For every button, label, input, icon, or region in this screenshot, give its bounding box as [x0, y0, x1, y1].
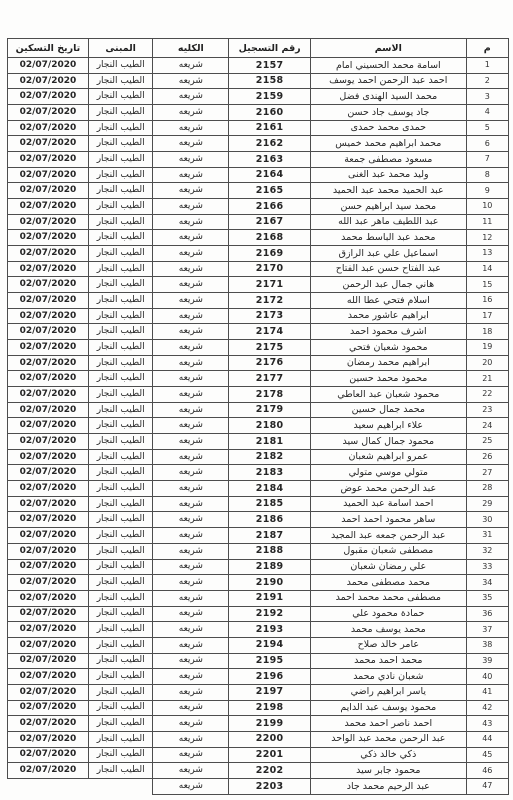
housing-date-cell: 02/07/2020 [8, 183, 89, 199]
housing-date-cell: 02/07/2020 [8, 167, 89, 183]
registration-number-cell: 2162 [229, 136, 311, 152]
registration-number-cell: 2203 [229, 778, 311, 794]
housing-date-cell: 02/07/2020 [8, 340, 89, 356]
housing-date-cell: 02/07/2020 [8, 324, 89, 340]
building-cell: الطيب النجار [88, 653, 153, 669]
building-cell: الطيب النجار [88, 543, 153, 559]
col-header-serial: م [466, 39, 508, 58]
student-name-cell: عبد الرحيم محمد جاد [311, 778, 467, 794]
college-cell: شريعه [153, 89, 229, 105]
table-row: 8 وليد محمد عبد الغنى 2164 شريعه الطيب ا… [8, 167, 509, 183]
serial-number-cell: 11 [466, 214, 508, 230]
serial-number-cell: 3 [466, 89, 508, 105]
college-cell: شريعه [153, 152, 229, 168]
college-cell: شريعه [153, 496, 229, 512]
serial-number-cell: 17 [466, 308, 508, 324]
serial-number-cell: 21 [466, 371, 508, 387]
table-row: 39 محمد احمد محمد 2195 شريعه الطيب النجا… [8, 653, 509, 669]
registration-number-cell: 2171 [229, 277, 311, 293]
serial-number-cell: 6 [466, 136, 508, 152]
student-name-cell: احمد ناصر احمد محمد [311, 716, 467, 732]
registration-number-cell: 2170 [229, 261, 311, 277]
registration-number-cell: 2182 [229, 449, 311, 465]
table-row: 12 محمد عبد الباسط محمد 2168 شريعه الطيب… [8, 230, 509, 246]
registration-number-cell: 2165 [229, 183, 311, 199]
table-row: 41 ياسر ابراهيم راضي 2197 شريعه الطيب ال… [8, 684, 509, 700]
col-header-registration: رقم التسجيل [229, 39, 311, 58]
building-cell: الطيب النجار [88, 465, 153, 481]
housing-date-cell: 02/07/2020 [8, 496, 89, 512]
student-name-cell: اشرف محمود احمد [311, 324, 467, 340]
registration-number-cell: 2177 [229, 371, 311, 387]
registration-number-cell: 2173 [229, 308, 311, 324]
building-cell: الطيب النجار [88, 402, 153, 418]
building-cell: الطيب النجار [88, 214, 153, 230]
housing-date-cell: 02/07/2020 [8, 199, 89, 215]
college-cell: شريعه [153, 167, 229, 183]
building-cell: الطيب النجار [88, 496, 153, 512]
table-row: 10 محمد سيد ابراهيم حسن 2166 شريعه الطيب… [8, 199, 509, 215]
registration-number-cell: 2180 [229, 418, 311, 434]
building-cell: الطيب النجار [88, 528, 153, 544]
building-cell: الطيب النجار [88, 324, 153, 340]
table-row: 2 احمد عبد الرحمن احمد يوسف 2158 شريعه ا… [8, 73, 509, 89]
registration-number-cell: 2192 [229, 606, 311, 622]
serial-number-cell: 23 [466, 402, 508, 418]
registration-number-cell: 2189 [229, 559, 311, 575]
registration-number-cell: 2198 [229, 700, 311, 716]
registration-number-cell: 2183 [229, 465, 311, 481]
building-cell: الطيب النجار [88, 418, 153, 434]
building-cell: الطيب النجار [88, 152, 153, 168]
housing-date-cell: 02/07/2020 [8, 481, 89, 497]
building-cell: الطيب النجار [88, 575, 153, 591]
table-body: 1 اسامة محمد الحسيني امام 2157 شريعه الط… [8, 58, 509, 795]
student-name-cell: اسامة محمد الحسيني امام [311, 58, 467, 74]
student-name-cell: وليد محمد عبد الغنى [311, 167, 467, 183]
college-cell: شريعه [153, 324, 229, 340]
student-name-cell: محمود شعبان فتحي [311, 340, 467, 356]
housing-date-cell: 02/07/2020 [8, 387, 89, 403]
table-row: 9 عبد الحميد محمد عبد الحميد 2165 شريعه … [8, 183, 509, 199]
college-cell: شريعه [153, 277, 229, 293]
housing-date-cell: 02/07/2020 [8, 559, 89, 575]
serial-number-cell: 46 [466, 763, 508, 779]
registration-number-cell: 2200 [229, 731, 311, 747]
serial-number-cell: 20 [466, 355, 508, 371]
student-name-cell: متولي موسي متولي [311, 465, 467, 481]
college-cell: شريعه [153, 465, 229, 481]
college-cell: شريعه [153, 214, 229, 230]
building-cell: الطيب النجار [88, 512, 153, 528]
registration-number-cell: 2167 [229, 214, 311, 230]
registration-number-cell: 2168 [229, 230, 311, 246]
housing-date-cell: 02/07/2020 [8, 700, 89, 716]
table-row: 23 محمد جمال حسين 2179 شريعه الطيب النجا… [8, 402, 509, 418]
table-row: 31 عبد الرحمن جمعه عبد المجيد 2187 شريعه… [8, 528, 509, 544]
student-name-cell: محمد يوسف محمد [311, 622, 467, 638]
student-name-cell: محمد احمد محمد [311, 653, 467, 669]
housing-date-cell: 02/07/2020 [8, 120, 89, 136]
student-name-cell: محمد عبد الباسط محمد [311, 230, 467, 246]
serial-number-cell: 32 [466, 543, 508, 559]
student-name-cell: ياسر ابراهيم راضي [311, 684, 467, 700]
serial-number-cell: 16 [466, 293, 508, 309]
serial-number-cell: 44 [466, 731, 508, 747]
college-cell: شريعه [153, 590, 229, 606]
building-cell [88, 778, 153, 794]
college-cell: شريعه [153, 731, 229, 747]
housing-date-cell: 02/07/2020 [8, 465, 89, 481]
college-cell: شريعه [153, 418, 229, 434]
table-row: 37 محمد يوسف محمد 2193 شريعه الطيب النجا… [8, 622, 509, 638]
college-cell: شريعه [153, 371, 229, 387]
registration-number-cell: 2158 [229, 73, 311, 89]
housing-date-cell: 02/07/2020 [8, 58, 89, 74]
serial-number-cell: 19 [466, 340, 508, 356]
housing-date-cell: 02/07/2020 [8, 575, 89, 591]
building-cell: الطيب النجار [88, 637, 153, 653]
table-row: 20 ابراهيم محمد رمضان 2176 شريعه الطيب ا… [8, 355, 509, 371]
college-cell: شريعه [153, 434, 229, 450]
registration-number-cell: 2191 [229, 590, 311, 606]
table-row: 17 ابراهيم عاشور محمد 2173 شريعه الطيب ا… [8, 308, 509, 324]
housing-date-cell: 02/07/2020 [8, 684, 89, 700]
college-cell: شريعه [153, 763, 229, 779]
serial-number-cell: 41 [466, 684, 508, 700]
table-row: 5 حمدى محمد حمدى 2161 شريعه الطيب النجار… [8, 120, 509, 136]
student-name-cell: محمود جمال كمال سيد [311, 434, 467, 450]
building-cell: الطيب النجار [88, 261, 153, 277]
student-name-cell: اسماعيل علي عبد الرازق [311, 246, 467, 262]
student-name-cell: مصطفى شعبان مقبول [311, 543, 467, 559]
building-cell: الطيب النجار [88, 308, 153, 324]
serial-number-cell: 29 [466, 496, 508, 512]
college-cell: شريعه [153, 73, 229, 89]
col-header-housing-date: تاريخ التسكين [8, 39, 89, 58]
building-cell: الطيب النجار [88, 246, 153, 262]
table-row: 1 اسامة محمد الحسيني امام 2157 شريعه الط… [8, 58, 509, 74]
table-row: 7 مسعود مصطفى جمعة 2163 شريعه الطيب النج… [8, 152, 509, 168]
college-cell: شريعه [153, 622, 229, 638]
table-row: 14 عبد الفتاح حسن عبد الفتاح 2170 شريعه … [8, 261, 509, 277]
housing-date-cell: 02/07/2020 [8, 543, 89, 559]
building-cell: الطيب النجار [88, 606, 153, 622]
college-cell: شريعه [153, 528, 229, 544]
registration-number-cell: 2172 [229, 293, 311, 309]
student-name-cell: محمود جابر سيد [311, 763, 467, 779]
college-cell: شريعه [153, 747, 229, 763]
building-cell: الطيب النجار [88, 277, 153, 293]
table-row: 28 عبد الرحمن محمد عوض 2184 شريعه الطيب … [8, 481, 509, 497]
registration-number-cell: 2164 [229, 167, 311, 183]
registration-number-cell: 2178 [229, 387, 311, 403]
student-name-cell: احمد اسامة عبد الحميد [311, 496, 467, 512]
serial-number-cell: 24 [466, 418, 508, 434]
table-row: 13 اسماعيل علي عبد الرازق 2169 شريعه الط… [8, 246, 509, 262]
header-row: م الاسم رقم التسجيل الكليه المبنى تاريخ … [8, 39, 509, 58]
serial-number-cell: 7 [466, 152, 508, 168]
registration-number-cell: 2190 [229, 575, 311, 591]
student-name-cell: محمود يوسف عبد الدايم [311, 700, 467, 716]
serial-number-cell: 36 [466, 606, 508, 622]
serial-number-cell: 42 [466, 700, 508, 716]
college-cell: شريعه [153, 183, 229, 199]
serial-number-cell: 15 [466, 277, 508, 293]
serial-number-cell: 30 [466, 512, 508, 528]
table-row: 27 متولي موسي متولي 2183 شريعه الطيب الن… [8, 465, 509, 481]
student-name-cell: ذكي خالد ذكي [311, 747, 467, 763]
building-cell: الطيب النجار [88, 731, 153, 747]
table-row: 15 هاني جمال عبد الرحمن 2171 شريعه الطيب… [8, 277, 509, 293]
student-name-cell: عمرو ابراهيم شعبان [311, 449, 467, 465]
registration-number-cell: 2157 [229, 58, 311, 74]
housing-date-cell: 02/07/2020 [8, 747, 89, 763]
table-row: 36 حمادة محمود علي 2192 شريعه الطيب النج… [8, 606, 509, 622]
building-cell: الطيب النجار [88, 449, 153, 465]
college-cell: شريعه [153, 512, 229, 528]
college-cell: شريعه [153, 136, 229, 152]
registration-number-cell: 2195 [229, 653, 311, 669]
registration-number-cell: 2175 [229, 340, 311, 356]
college-cell: شريعه [153, 716, 229, 732]
housing-date-cell: 02/07/2020 [8, 277, 89, 293]
building-cell: الطيب النجار [88, 230, 153, 246]
building-cell: الطيب النجار [88, 105, 153, 121]
serial-number-cell: 38 [466, 637, 508, 653]
building-cell: الطيب النجار [88, 747, 153, 763]
student-name-cell: محمد سيد ابراهيم حسن [311, 199, 467, 215]
housing-date-cell: 02/07/2020 [8, 293, 89, 309]
college-cell: شريعه [153, 778, 229, 794]
student-name-cell: اسلام فتحي عطا الله [311, 293, 467, 309]
building-cell: الطيب النجار [88, 293, 153, 309]
college-cell: شريعه [153, 58, 229, 74]
registration-number-cell: 2188 [229, 543, 311, 559]
serial-number-cell: 33 [466, 559, 508, 575]
college-cell: شريعه [153, 481, 229, 497]
building-cell: الطيب النجار [88, 387, 153, 403]
housing-date-cell: 02/07/2020 [8, 669, 89, 685]
student-name-cell: احمد عبد الرحمن احمد يوسف [311, 73, 467, 89]
housing-date-cell: 02/07/2020 [8, 261, 89, 277]
serial-number-cell: 12 [466, 230, 508, 246]
table-row: 44 عبد الرحمن محمد عبد الواحد 2200 شريعه… [8, 731, 509, 747]
housing-date-cell: 02/07/2020 [8, 606, 89, 622]
registration-number-cell: 2161 [229, 120, 311, 136]
table-row: 6 محمد ابراهيم محمد خميس 2162 شريعه الطي… [8, 136, 509, 152]
registration-number-cell: 2179 [229, 402, 311, 418]
registration-number-cell: 2187 [229, 528, 311, 544]
building-cell: الطيب النجار [88, 58, 153, 74]
college-cell: شريعه [153, 559, 229, 575]
college-cell: شريعه [153, 340, 229, 356]
building-cell: الطيب النجار [88, 559, 153, 575]
student-name-cell: محمد مصطفى محمد [311, 575, 467, 591]
registration-number-cell: 2174 [229, 324, 311, 340]
registration-number-cell: 2202 [229, 763, 311, 779]
college-cell: شريعه [153, 653, 229, 669]
student-name-cell: محمود شعبان عبد العاطي [311, 387, 467, 403]
student-name-cell: شعبان نادي محمد [311, 669, 467, 685]
college-cell: شريعه [153, 543, 229, 559]
college-cell: شريعه [153, 684, 229, 700]
housing-date-cell: 02/07/2020 [8, 230, 89, 246]
housing-date-cell: 02/07/2020 [8, 308, 89, 324]
registration-number-cell: 2185 [229, 496, 311, 512]
housing-date-cell: 02/07/2020 [8, 402, 89, 418]
table-row: 22 محمود شعبان عبد العاطي 2178 شريعه الط… [8, 387, 509, 403]
registration-number-cell: 2194 [229, 637, 311, 653]
housing-date-cell: 02/07/2020 [8, 418, 89, 434]
building-cell: الطيب النجار [88, 199, 153, 215]
table-row: 3 محمد السيد الهندى فضل 2159 شريعه الطيب… [8, 89, 509, 105]
registration-number-cell: 2176 [229, 355, 311, 371]
serial-number-cell: 13 [466, 246, 508, 262]
building-cell: الطيب النجار [88, 622, 153, 638]
building-cell: الطيب النجار [88, 340, 153, 356]
housing-date-cell: 02/07/2020 [8, 105, 89, 121]
table-row: 24 علاء ابراهيم سعيد 2180 شريعه الطيب ال… [8, 418, 509, 434]
registration-number-cell: 2196 [229, 669, 311, 685]
serial-number-cell: 27 [466, 465, 508, 481]
serial-number-cell: 45 [466, 747, 508, 763]
registration-number-cell: 2166 [229, 199, 311, 215]
registration-number-cell: 2201 [229, 747, 311, 763]
housing-date-cell: 02/07/2020 [8, 73, 89, 89]
student-name-cell: عبد الرحمن جمعه عبد المجيد [311, 528, 467, 544]
table-row: 29 احمد اسامة عبد الحميد 2185 شريعه الطي… [8, 496, 509, 512]
serial-number-cell: 28 [466, 481, 508, 497]
building-cell: الطيب النجار [88, 434, 153, 450]
table-row: 38 عامر خالد صلاح 2194 شريعه الطيب النجا… [8, 637, 509, 653]
student-name-cell: عبد الحميد محمد عبد الحميد [311, 183, 467, 199]
scanned-document-page: م الاسم رقم التسجيل الكليه المبنى تاريخ … [0, 0, 513, 800]
housing-date-cell: 02/07/2020 [8, 89, 89, 105]
housing-date-cell: 02/07/2020 [8, 214, 89, 230]
registration-number-cell: 2186 [229, 512, 311, 528]
student-name-cell: ابراهيم محمد رمضان [311, 355, 467, 371]
housing-date-cell: 02/07/2020 [8, 371, 89, 387]
student-name-cell: ابراهيم عاشور محمد [311, 308, 467, 324]
housing-date-cell: 02/07/2020 [8, 449, 89, 465]
table-header: م الاسم رقم التسجيل الكليه المبنى تاريخ … [8, 39, 509, 58]
building-cell: الطيب النجار [88, 89, 153, 105]
serial-number-cell: 8 [466, 167, 508, 183]
college-cell: شريعه [153, 230, 229, 246]
housing-date-cell: 02/07/2020 [8, 355, 89, 371]
college-cell: شريعه [153, 261, 229, 277]
serial-number-cell: 39 [466, 653, 508, 669]
housing-date-cell: 02/07/2020 [8, 763, 89, 779]
building-cell: الطيب النجار [88, 136, 153, 152]
col-header-college: الكليه [153, 39, 229, 58]
student-name-cell: محمد ابراهيم محمد خميس [311, 136, 467, 152]
student-name-cell: علي رمضان شعبان [311, 559, 467, 575]
student-name-cell: عامر خالد صلاح [311, 637, 467, 653]
registration-number-cell: 2163 [229, 152, 311, 168]
building-cell: الطيب النجار [88, 183, 153, 199]
college-cell: شريعه [153, 308, 229, 324]
college-cell: شريعه [153, 606, 229, 622]
registration-number-cell: 2199 [229, 716, 311, 732]
college-cell: شريعه [153, 637, 229, 653]
student-name-cell: حمادة محمود علي [311, 606, 467, 622]
table-row: 26 عمرو ابراهيم شعبان 2182 شريعه الطيب ا… [8, 449, 509, 465]
housing-date-cell: 02/07/2020 [8, 590, 89, 606]
student-name-cell: محمد السيد الهندى فضل [311, 89, 467, 105]
student-name-cell: عبد اللطيف ماهر عبد الله [311, 214, 467, 230]
serial-number-cell: 34 [466, 575, 508, 591]
registration-number-cell: 2160 [229, 105, 311, 121]
housing-date-cell: 02/07/2020 [8, 152, 89, 168]
college-cell: شريعه [153, 293, 229, 309]
table-row: 42 محمود يوسف عبد الدايم 2198 شريعه الطي… [8, 700, 509, 716]
building-cell: الطيب النجار [88, 763, 153, 779]
college-cell: شريعه [153, 575, 229, 591]
student-name-cell: عبد الفتاح حسن عبد الفتاح [311, 261, 467, 277]
col-header-name: الاسم [311, 39, 467, 58]
table-row: 16 اسلام فتحي عطا الله 2172 شريعه الطيب … [8, 293, 509, 309]
registration-number-cell: 2193 [229, 622, 311, 638]
college-cell: شريعه [153, 355, 229, 371]
housing-date-cell: 02/07/2020 [8, 512, 89, 528]
college-cell: شريعه [153, 387, 229, 403]
student-name-cell: محمد جمال حسين [311, 402, 467, 418]
building-cell: الطيب النجار [88, 120, 153, 136]
building-cell: الطيب النجار [88, 481, 153, 497]
registration-number-cell: 2184 [229, 481, 311, 497]
housing-roster-table: م الاسم رقم التسجيل الكليه المبنى تاريخ … [7, 38, 509, 795]
building-cell: الطيب النجار [88, 590, 153, 606]
serial-number-cell: 25 [466, 434, 508, 450]
building-cell: الطيب النجار [88, 371, 153, 387]
table-row: 18 اشرف محمود احمد 2174 شريعه الطيب النج… [8, 324, 509, 340]
registration-number-cell: 2159 [229, 89, 311, 105]
table-row: 34 محمد مصطفى محمد 2190 شريعه الطيب النج… [8, 575, 509, 591]
table-row: 21 محمود محمد حسين 2177 شريعه الطيب النج… [8, 371, 509, 387]
housing-date-cell: 02/07/2020 [8, 528, 89, 544]
serial-number-cell: 4 [466, 105, 508, 121]
building-cell: الطيب النجار [88, 716, 153, 732]
college-cell: شريعه [153, 449, 229, 465]
building-cell: الطيب النجار [88, 700, 153, 716]
housing-date-cell: 02/07/2020 [8, 637, 89, 653]
table-row: 35 مصطفى محمد محمد احمد 2191 شريعه الطيب… [8, 590, 509, 606]
college-cell: شريعه [153, 199, 229, 215]
table-row: 40 شعبان نادي محمد 2196 شريعه الطيب النج… [8, 669, 509, 685]
serial-number-cell: 9 [466, 183, 508, 199]
table-row: 4 جاد يوسف جاد حسن 2160 شريعه الطيب النج… [8, 105, 509, 121]
serial-number-cell: 5 [466, 120, 508, 136]
housing-date-cell: 02/07/2020 [8, 246, 89, 262]
table-row: 33 علي رمضان شعبان 2189 شريعه الطيب النج… [8, 559, 509, 575]
building-cell: الطيب النجار [88, 669, 153, 685]
student-name-cell: مصطفى محمد محمد احمد [311, 590, 467, 606]
student-name-cell: جاد يوسف جاد حسن [311, 105, 467, 121]
college-cell: شريعه [153, 105, 229, 121]
housing-date-cell: 02/07/2020 [8, 434, 89, 450]
student-name-cell: ساهر محمود احمد احمد [311, 512, 467, 528]
serial-number-cell: 40 [466, 669, 508, 685]
registration-number-cell: 2197 [229, 684, 311, 700]
housing-date-cell: 02/07/2020 [8, 136, 89, 152]
college-cell: شريعه [153, 246, 229, 262]
col-header-building: المبنى [88, 39, 153, 58]
student-name-cell: حمدى محمد حمدى [311, 120, 467, 136]
college-cell: شريعه [153, 700, 229, 716]
table-row: 32 مصطفى شعبان مقبول 2188 شريعه الطيب ال… [8, 543, 509, 559]
